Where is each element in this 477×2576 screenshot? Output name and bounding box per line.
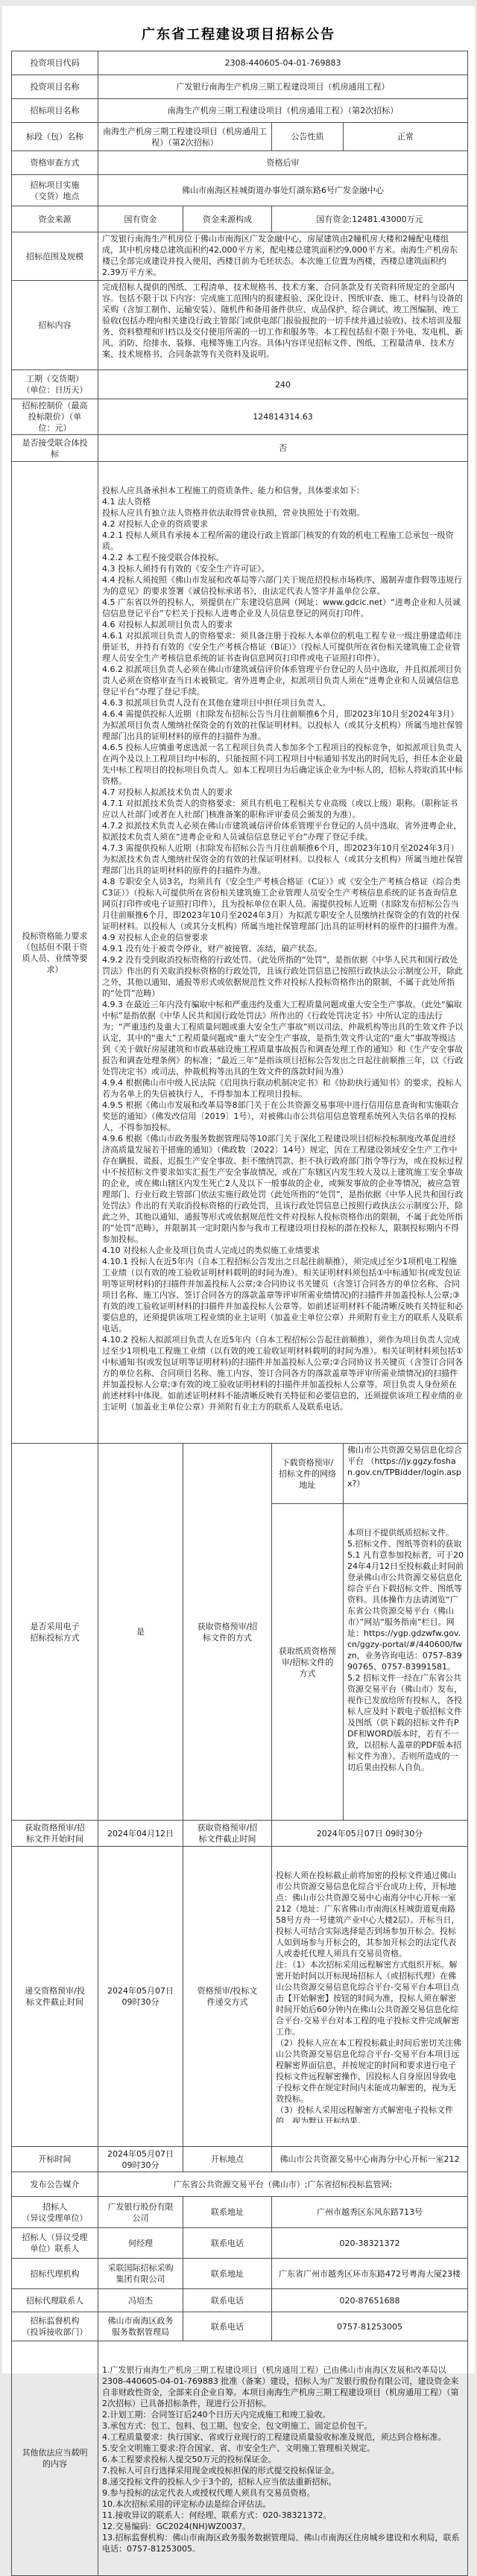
table-row: 获取资格预审/招 标文件开始时间 2024年04月12日 获取资格预审/招 标文… <box>12 1821 468 1847</box>
table-row: 标段（包）名称 南海生产机房三期工程建设项目（机房通用工程）（第2次招标） 公告… <box>12 123 468 151</box>
field-label: 联系电话 <box>183 2228 272 2259</box>
field-label: 联系电话 <box>183 2289 272 2312</box>
field-value: 佛山市公共资源交易中心南海分中心开标一室212 <box>272 2147 468 2172</box>
table-row: 投资项目名称 广发银行南海生产机房三期工程建设项目（机房通用工程） <box>12 75 468 99</box>
table-row: 招标项目实施 （交货）地点 佛山市南海区桂城街道办事处灯湖东路6号广发金融中心 <box>12 175 468 206</box>
field-label: 联系电话 <box>183 2312 272 2341</box>
field-label: 发布公告媒介 <box>12 2172 98 2197</box>
field-value: 采联国际招标采购 集团有限公司 <box>98 2259 183 2289</box>
table-row: 投标资格能力要求 （包括但不限于资 质人员、业绩等要 求） 投标人应具备承担本工… <box>12 462 468 1444</box>
field-value: 佛山市南海区政务 服务数据管理局 <box>98 2312 183 2341</box>
field-value: 2024年05月07日 09时30分 <box>272 1821 468 1847</box>
field-label: 资格预审/投标文 件递交方式 <box>183 1847 272 2147</box>
field-value: 广发银行股份有限 公司 <box>98 2197 183 2228</box>
field-value: 广州市越秀区东风东路713号 <box>272 2197 468 2228</box>
field-value: 南海生产机房三期工程建设项目（机房通用工程）（第2次招标） <box>98 123 272 151</box>
field-value: 南海生产机房三期工程建设项目（机房通用工程）（第2次招标） <box>98 99 468 123</box>
field-label: 招标范围及规模 <box>12 232 98 281</box>
table-row: 招标监督机构 （投诉接收部门） 佛山市南海区政务 服务数据管理局 联系电话 07… <box>12 2312 468 2341</box>
qualification-text: 投标人应具备承担本工程施工的资质条件、能力和信誉，具体要求如下： 4.1 法人资… <box>102 485 464 1420</box>
table-row: 其他依法应当载明 的内容 1.广发银行南海生产机房三期工程建设项目（机房通用工程… <box>12 2341 468 2576</box>
field-label: 投资项目名称 <box>12 75 98 99</box>
field-label: 招标人 （异议受理单位） <box>12 2197 98 2228</box>
field-label: 开标地点 <box>183 2147 272 2172</box>
table-row: 招标控制价（最高 投标限价）（单 位：元） 124814314.63 <box>12 399 468 435</box>
table-row: 是否采用电子 招标投标方式 是 获取资格预审/招 标文件的方式 下载资格预审/ … <box>12 1444 468 1504</box>
table-row: 招标代理联系人 冯培杰 联系电话 020-87651688 <box>12 2289 468 2312</box>
announcement-table: 投资项目代码 2308-440605-04-01-769883 投资项目名称 广… <box>11 51 468 2576</box>
field-value: 资格后审 <box>98 151 468 175</box>
field-value: 投标人应具备承担本工程施工的资质条件、能力和信誉，具体要求如下： 4.1 法人资… <box>98 462 468 1444</box>
field-value: 国有资金:12481.43000万元 <box>272 206 468 232</box>
field-value: 2024年05月07日 09时30分 <box>98 1847 183 2147</box>
field-value: 124814314.63 <box>98 399 468 435</box>
field-value: 是 <box>98 1444 183 1821</box>
field-value: 240 <box>98 370 468 399</box>
field-label: 资格审查方式 <box>12 151 98 175</box>
field-value: 本项目不提供纸质招标文件。 5.招标文件、图纸等资料的获取 5.1 凡有意参加投… <box>344 1504 468 1821</box>
other-content-text: 1.广发银行南海生产机房三期工程建设项目（机房通用工程）已由佛山市南海区发展和改… <box>102 2364 464 2552</box>
field-label: 标段（包）名称 <box>12 123 98 151</box>
field-label: 是否采用电子 招标投标方式 <box>12 1444 98 1821</box>
page-title: 广东省工程建设项目招标公告 <box>2 6 475 44</box>
field-label: 下载资格预审/ 招标文件的网络 地址 <box>272 1444 344 1504</box>
field-value: 冯培杰 <box>98 2289 183 2312</box>
field-label: 联系地址 <box>183 2259 272 2289</box>
field-label: 获取纸质资格预 审/招标文件的 方式 <box>272 1504 344 1821</box>
field-value: 2024年05月07日 09时30分 <box>98 2147 183 2172</box>
document-card: 广东省工程建设项目招标公告 投资项目代码 2308-440605-04-01-7… <box>2 6 475 2373</box>
table-row: 招标人（异议受理 单位）联系人 何经理 联系电话 020-38321372 <box>12 2228 468 2259</box>
field-value: 0757-81253005 <box>272 2312 468 2341</box>
field-label: 递交资格预审/投 标文件截止时间 <box>12 1847 98 2147</box>
field-label: 开标时间 <box>12 2147 98 2172</box>
field-value: 2308-440605-04-01-769883 <box>98 51 468 75</box>
table-row: 招标内容 完成招标人提供的图纸、工程清单、技术规格书、技术方案、合同条款及有关资… <box>12 281 468 370</box>
table-row: 工期（交货期） （单位：日历天） 240 <box>12 370 468 399</box>
table-row: 资格审查方式 资格后审 <box>12 151 468 175</box>
table-row: 招标人 （异议受理单位） 广发银行股份有限 公司 联系地址 广州市越秀区东风东路… <box>12 2197 468 2228</box>
field-value: 2024年04月12日 <box>98 1821 183 1847</box>
table-row: 招标范围及规模 广发银行南海生产机房位于佛山市南海区广发金融中心，房屋建筑由2幢… <box>12 232 468 281</box>
field-label: 获取资格预审/招 标文件截止时间 <box>183 1821 272 1847</box>
tender-announcement-page: { "title": "广东省工程建设项目招标公告", "rows": { "p… <box>0 0 477 2388</box>
table-row: 开标时间 2024年05月07日 09时30分 开标地点 佛山市公共资源交易中心… <box>12 2147 468 2172</box>
table-row: 招标代理机构 采联国际招标采购 集团有限公司 联系地址 广东省广州市越秀区环市东… <box>12 2259 468 2289</box>
field-label: 投资项目代码 <box>12 51 98 75</box>
field-label: 招标项目实施 （交货）地点 <box>12 175 98 206</box>
field-label: 资金来源构成 <box>183 206 272 232</box>
field-value: 佛山市公共资源交易信息化综合平台 （https://jy.ggzy.foshan… <box>344 1444 468 1504</box>
table-row: 投资项目代码 2308-440605-04-01-769883 <box>12 51 468 75</box>
field-label: 获取资格预审/招 标文件的方式 <box>183 1444 272 1821</box>
field-label: 投标资格能力要求 （包括但不限于资 质人员、业绩等要 求） <box>12 462 98 1444</box>
field-label: 其他依法应当载明 的内容 <box>12 2341 98 2576</box>
table-row: 是否接受联合体投 标 否 <box>12 435 468 462</box>
field-value: 佛山市南海区桂城街道办事处灯湖东路6号广发金融中心 <box>98 175 468 206</box>
field-value: 广东省公共资源交易平台（佛山市）;广东省招标投标监管网; <box>98 2172 468 2197</box>
paper-file-text: 本项目不提供纸质招标文件。 5.招标文件、图纸等资料的获取 5.1 凡有意参加投… <box>347 1527 464 1797</box>
field-value: 正常 <box>344 123 468 151</box>
field-label: 资金来源 <box>12 206 98 232</box>
field-label: 招标控制价（最高 投标限价）（单 位：元） <box>12 399 98 435</box>
field-value: 020-87651688 <box>272 2289 468 2312</box>
field-label: 获取资格预审/招 标文件开始时间 <box>12 1821 98 1847</box>
field-label: 招标项目名称 <box>12 99 98 123</box>
field-label: 是否接受联合体投 标 <box>12 435 98 462</box>
field-value: 广东省广州市越秀区环市东路472号粤海大厦23楼 <box>272 2259 468 2289</box>
field-value: 否 <box>98 435 468 462</box>
table-row: 资金来源 国有资金 资金来源构成 国有资金:12481.43000万元 <box>12 206 468 232</box>
field-label: 工期（交货期） （单位：日历天） <box>12 370 98 399</box>
field-label: 招标监督机构 （投诉接收部门） <box>12 2312 98 2341</box>
field-value: 1.广发银行南海生产机房三期工程建设项目（机房通用工程）已由佛山市南海区发展和改… <box>98 2341 468 2576</box>
table-row: 发布公告媒介 广东省公共资源交易平台（佛山市）;广东省招标投标监管网; <box>12 2172 468 2197</box>
submission-method-text: 投标人须在投标截止前将加密的投标文件通过佛山市公共资源交易信息化综合平台成功上传… <box>276 1870 464 2123</box>
field-label: 招标人（异议受理 单位）联系人 <box>12 2228 98 2259</box>
field-label: 联系地址 <box>183 2197 272 2228</box>
field-value: 广发银行南海生产机房位于佛山市南海区广发金融中心，房屋建筑由2幢机房大楼和2幢配… <box>98 232 468 281</box>
field-label: 招标代理联系人 <box>12 2289 98 2312</box>
table-row: 招标项目名称 南海生产机房三期工程建设项目（机房通用工程）（第2次招标） <box>12 99 468 123</box>
field-value: 国有资金 <box>98 206 183 232</box>
field-label: 公告性质 <box>272 123 344 151</box>
field-value: 投标人须在投标截止前将加密的投标文件通过佛山市公共资源交易信息化综合平台成功上传… <box>272 1847 468 2147</box>
field-value: 完成招标人提供的图纸、工程清单、技术规格书、技术方案、合同条款及有关资料所规定的… <box>98 281 468 370</box>
field-value: 020-38321372 <box>272 2228 468 2259</box>
field-value: 广发银行南海生产机房三期工程建设项目（机房通用工程） <box>98 75 468 99</box>
field-label: 招标代理机构 <box>12 2259 98 2289</box>
field-value: 何经理 <box>98 2228 183 2259</box>
table-row: 递交资格预审/投 标文件截止时间 2024年05月07日 09时30分 资格预审… <box>12 1847 468 2147</box>
field-label: 招标内容 <box>12 281 98 370</box>
